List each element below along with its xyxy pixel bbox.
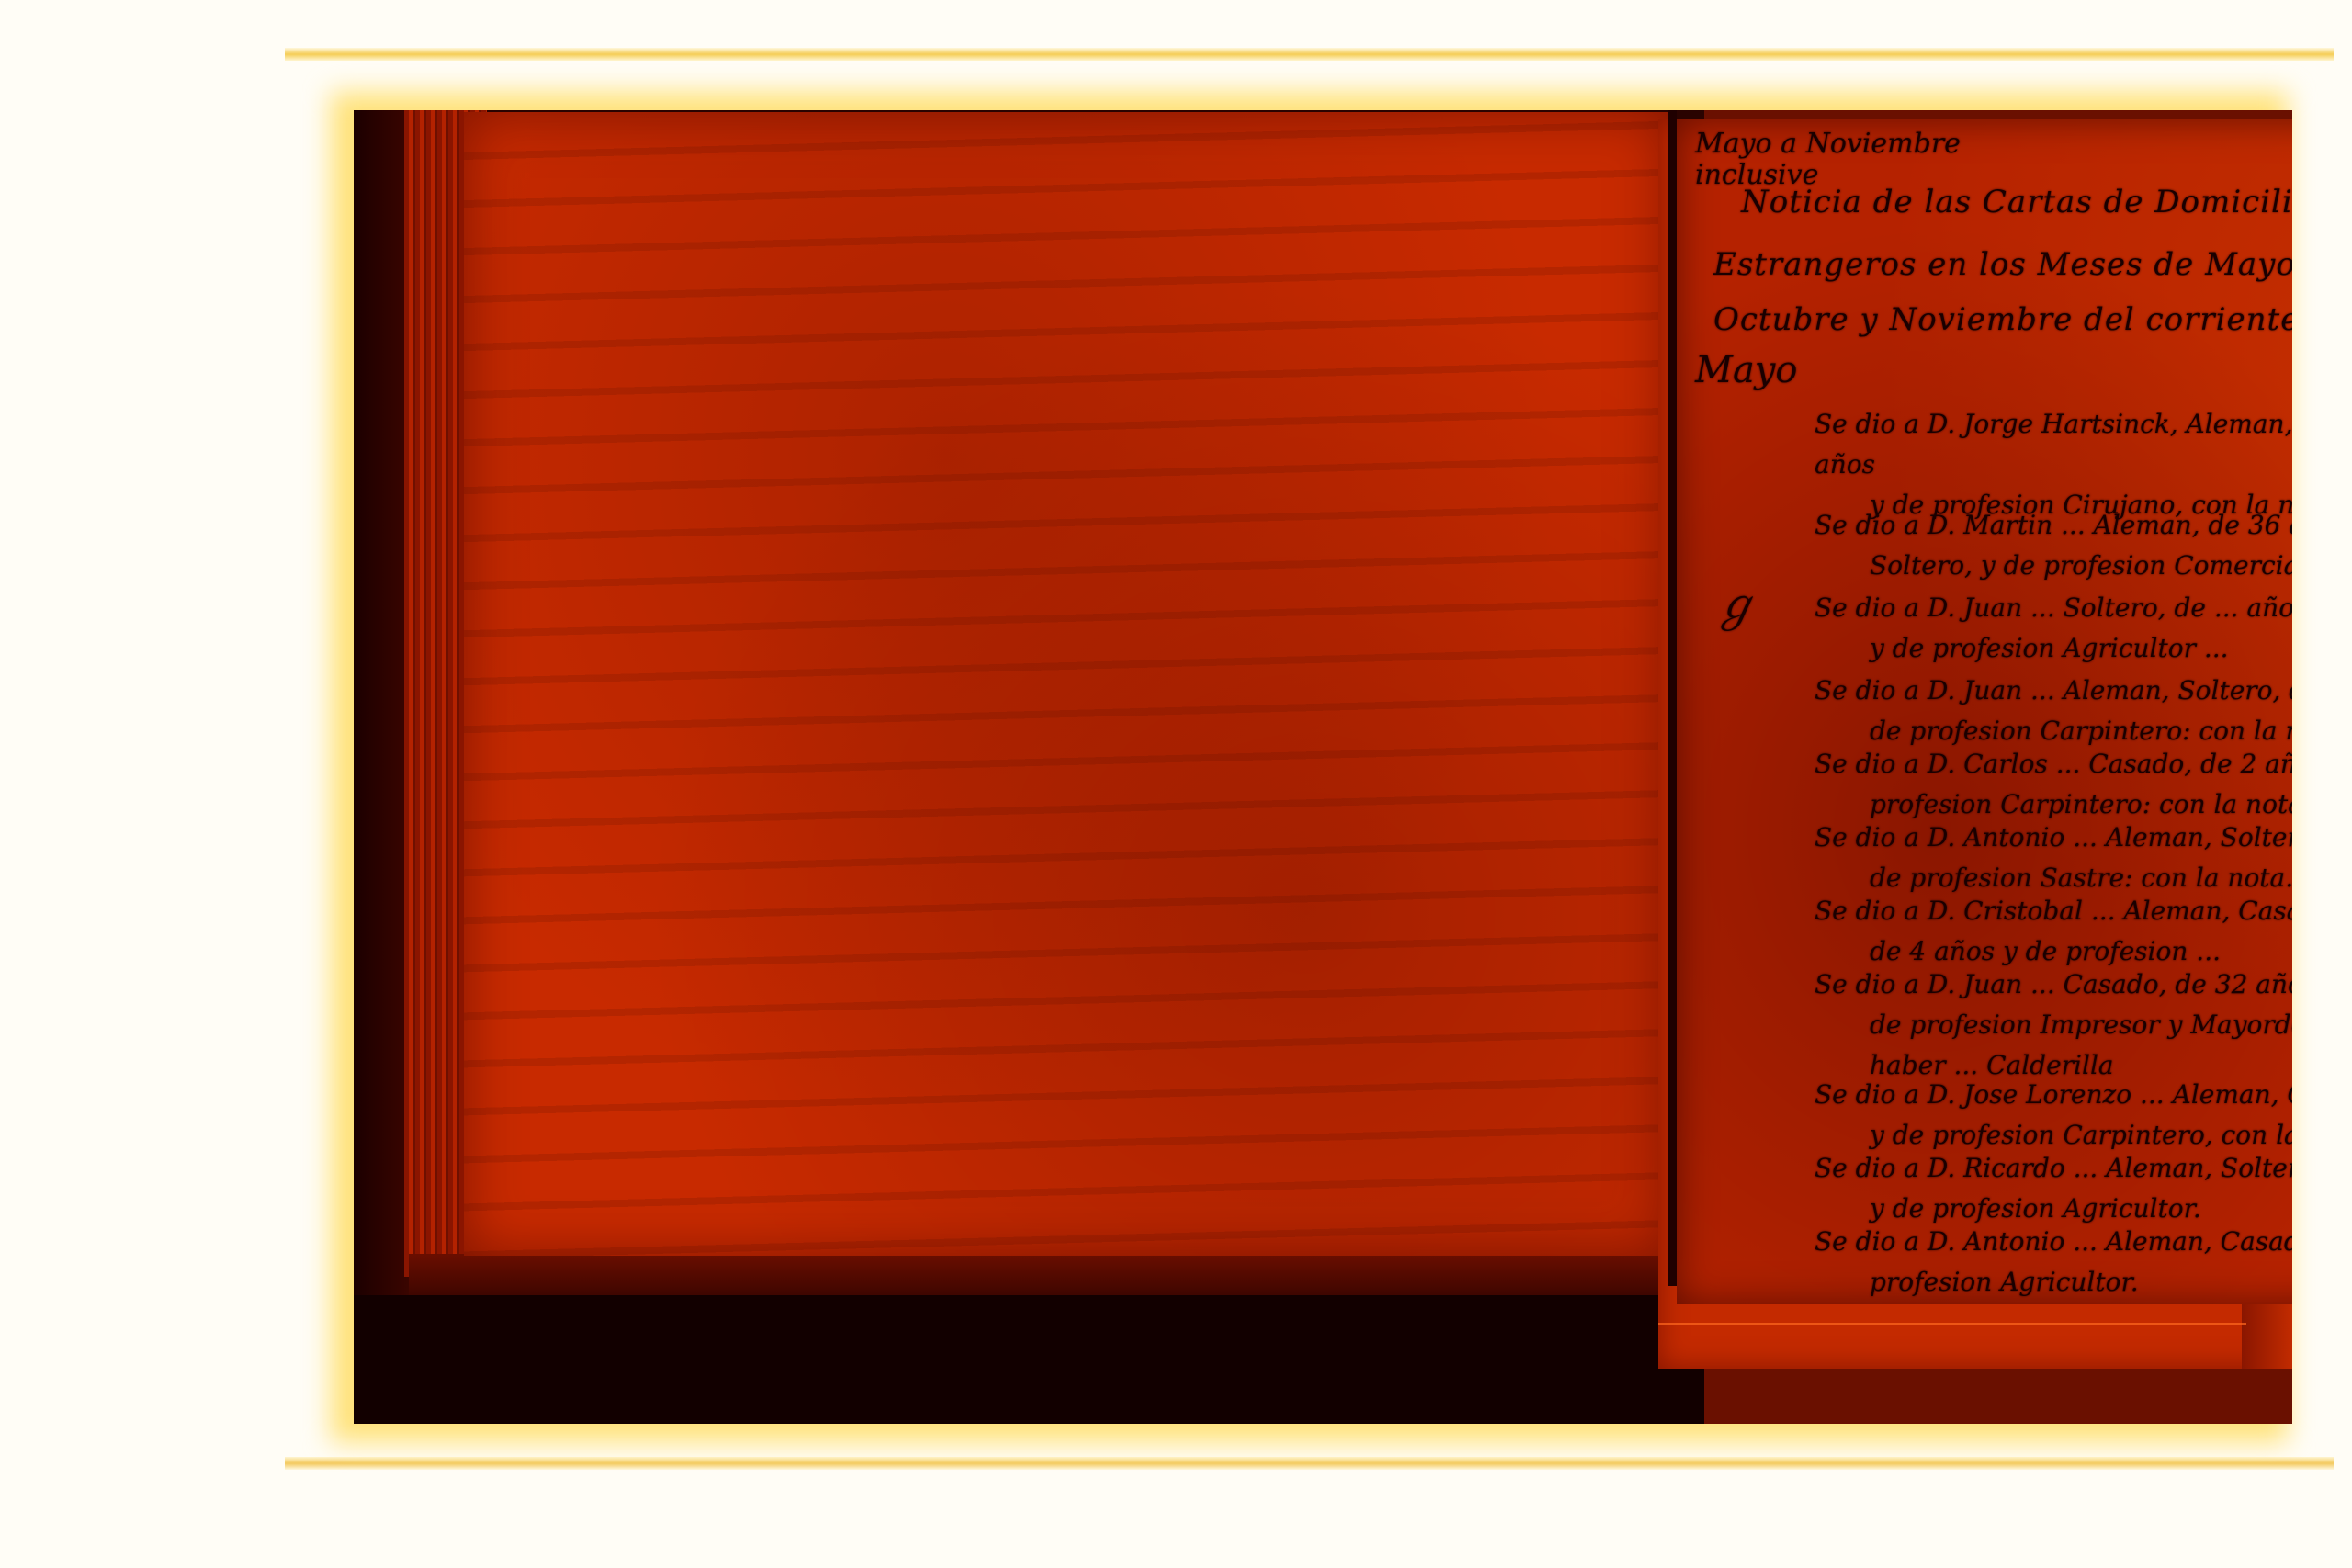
- heading-line: Octubre y Noviembre del corriente año.: [1713, 301, 2292, 338]
- margin-note-line: Mayo a Noviembre: [1695, 129, 1961, 160]
- entry-line: Se dio a D. Antonio ... Aleman, Soltero,…: [1815, 822, 2292, 852]
- entry: Se dio a D. Martin ... Aleman, de 36 año…: [1815, 505, 2292, 586]
- entry-line: Se dio a D. Juan ... Aleman, Soltero, de…: [1815, 675, 2292, 705]
- left-page: [464, 112, 1668, 1256]
- entry-line: Se dio a D. Cristobal ... Aleman, Casado…: [1815, 896, 2292, 926]
- film-edge-bottom: [285, 1457, 2334, 1470]
- book-binding: [354, 110, 409, 1295]
- entry-line: Se dio a D. Martin ... Aleman, de 36 año…: [1815, 510, 2292, 540]
- entry-line: Se dio a D. Juan ... Casado, de 32 años,: [1815, 969, 2292, 999]
- entry: Se dio a D. Ricardo ... Aleman, Soltero,…: [1815, 1148, 2292, 1229]
- entry-line: de profesion Impresor y Mayordomo: con l…: [1815, 1005, 2292, 1086]
- fold-line: [1658, 1323, 2246, 1325]
- margin-mark: ℊ: [1713, 570, 1758, 633]
- entry: Se dio a D. Jose Lorenzo ... Aleman, Cas…: [1815, 1075, 2292, 1156]
- left-page-bottom-edge: [409, 1254, 1658, 1300]
- entry: Se dio a D. Carlos ... Casado, de 2 años…: [1815, 744, 2292, 825]
- entry: Se dio a D. Antonio ... Aleman, Soltero,…: [1815, 818, 2292, 898]
- scan-frame: Mayo a Noviembre inclusive Noticia de la…: [354, 110, 2292, 1424]
- entry-line: Se dio a D. Juan ... Soltero, de ... año…: [1815, 592, 2292, 623]
- entry-line: Se dio a D. Jose Lorenzo ... Aleman, Cas…: [1815, 1079, 2292, 1110]
- heading-line: Estrangeros en los Meses de Mayo, Junio,…: [1713, 246, 2292, 283]
- entry: Se dio a D. Antonio ... Aleman, Casado, …: [1815, 1222, 2292, 1303]
- entry: Se dio a D. Juan ... Aleman, Soltero, de…: [1815, 671, 2292, 751]
- entry: Se dio a D. Juan ... Soltero, de ... año…: [1815, 588, 2292, 669]
- month-label: Mayo: [1695, 349, 1797, 391]
- entry-line: Se dio a D. Antonio ... Aleman, Casado, …: [1815, 1226, 2292, 1257]
- entry-line: Se dio a D. Carlos ... Casado, de 2 años…: [1815, 749, 2292, 779]
- heading-line: Noticia de las Cartas de Domicilio que s…: [1741, 184, 2292, 220]
- entry-line: profesion Agricultor.: [1815, 1262, 2292, 1303]
- dark-base: [354, 1295, 1713, 1424]
- entry-line: y de profesion Agricultor ...: [1815, 628, 2292, 669]
- entry: Se dio a D. Juan ... Casado, de 32 años,…: [1815, 964, 2292, 1086]
- right-page: Mayo a Noviembre inclusive Noticia de la…: [1677, 119, 2292, 1304]
- film-edge-top: [285, 48, 2334, 61]
- margin-note: Mayo a Noviembre inclusive: [1695, 129, 1961, 191]
- entry-line: Se dio a D. Ricardo ... Aleman, Soltero,…: [1815, 1153, 2292, 1183]
- entry-line: Soltero, y de profesion Comerciante: con…: [1815, 546, 2292, 586]
- entry: Se dio a D. Cristobal ... Aleman, Casado…: [1815, 891, 2292, 972]
- entry-line: Se dio a D. Jorge Hartsinck, Aleman, Sol…: [1815, 409, 2292, 479]
- gutter: [1668, 110, 1677, 1286]
